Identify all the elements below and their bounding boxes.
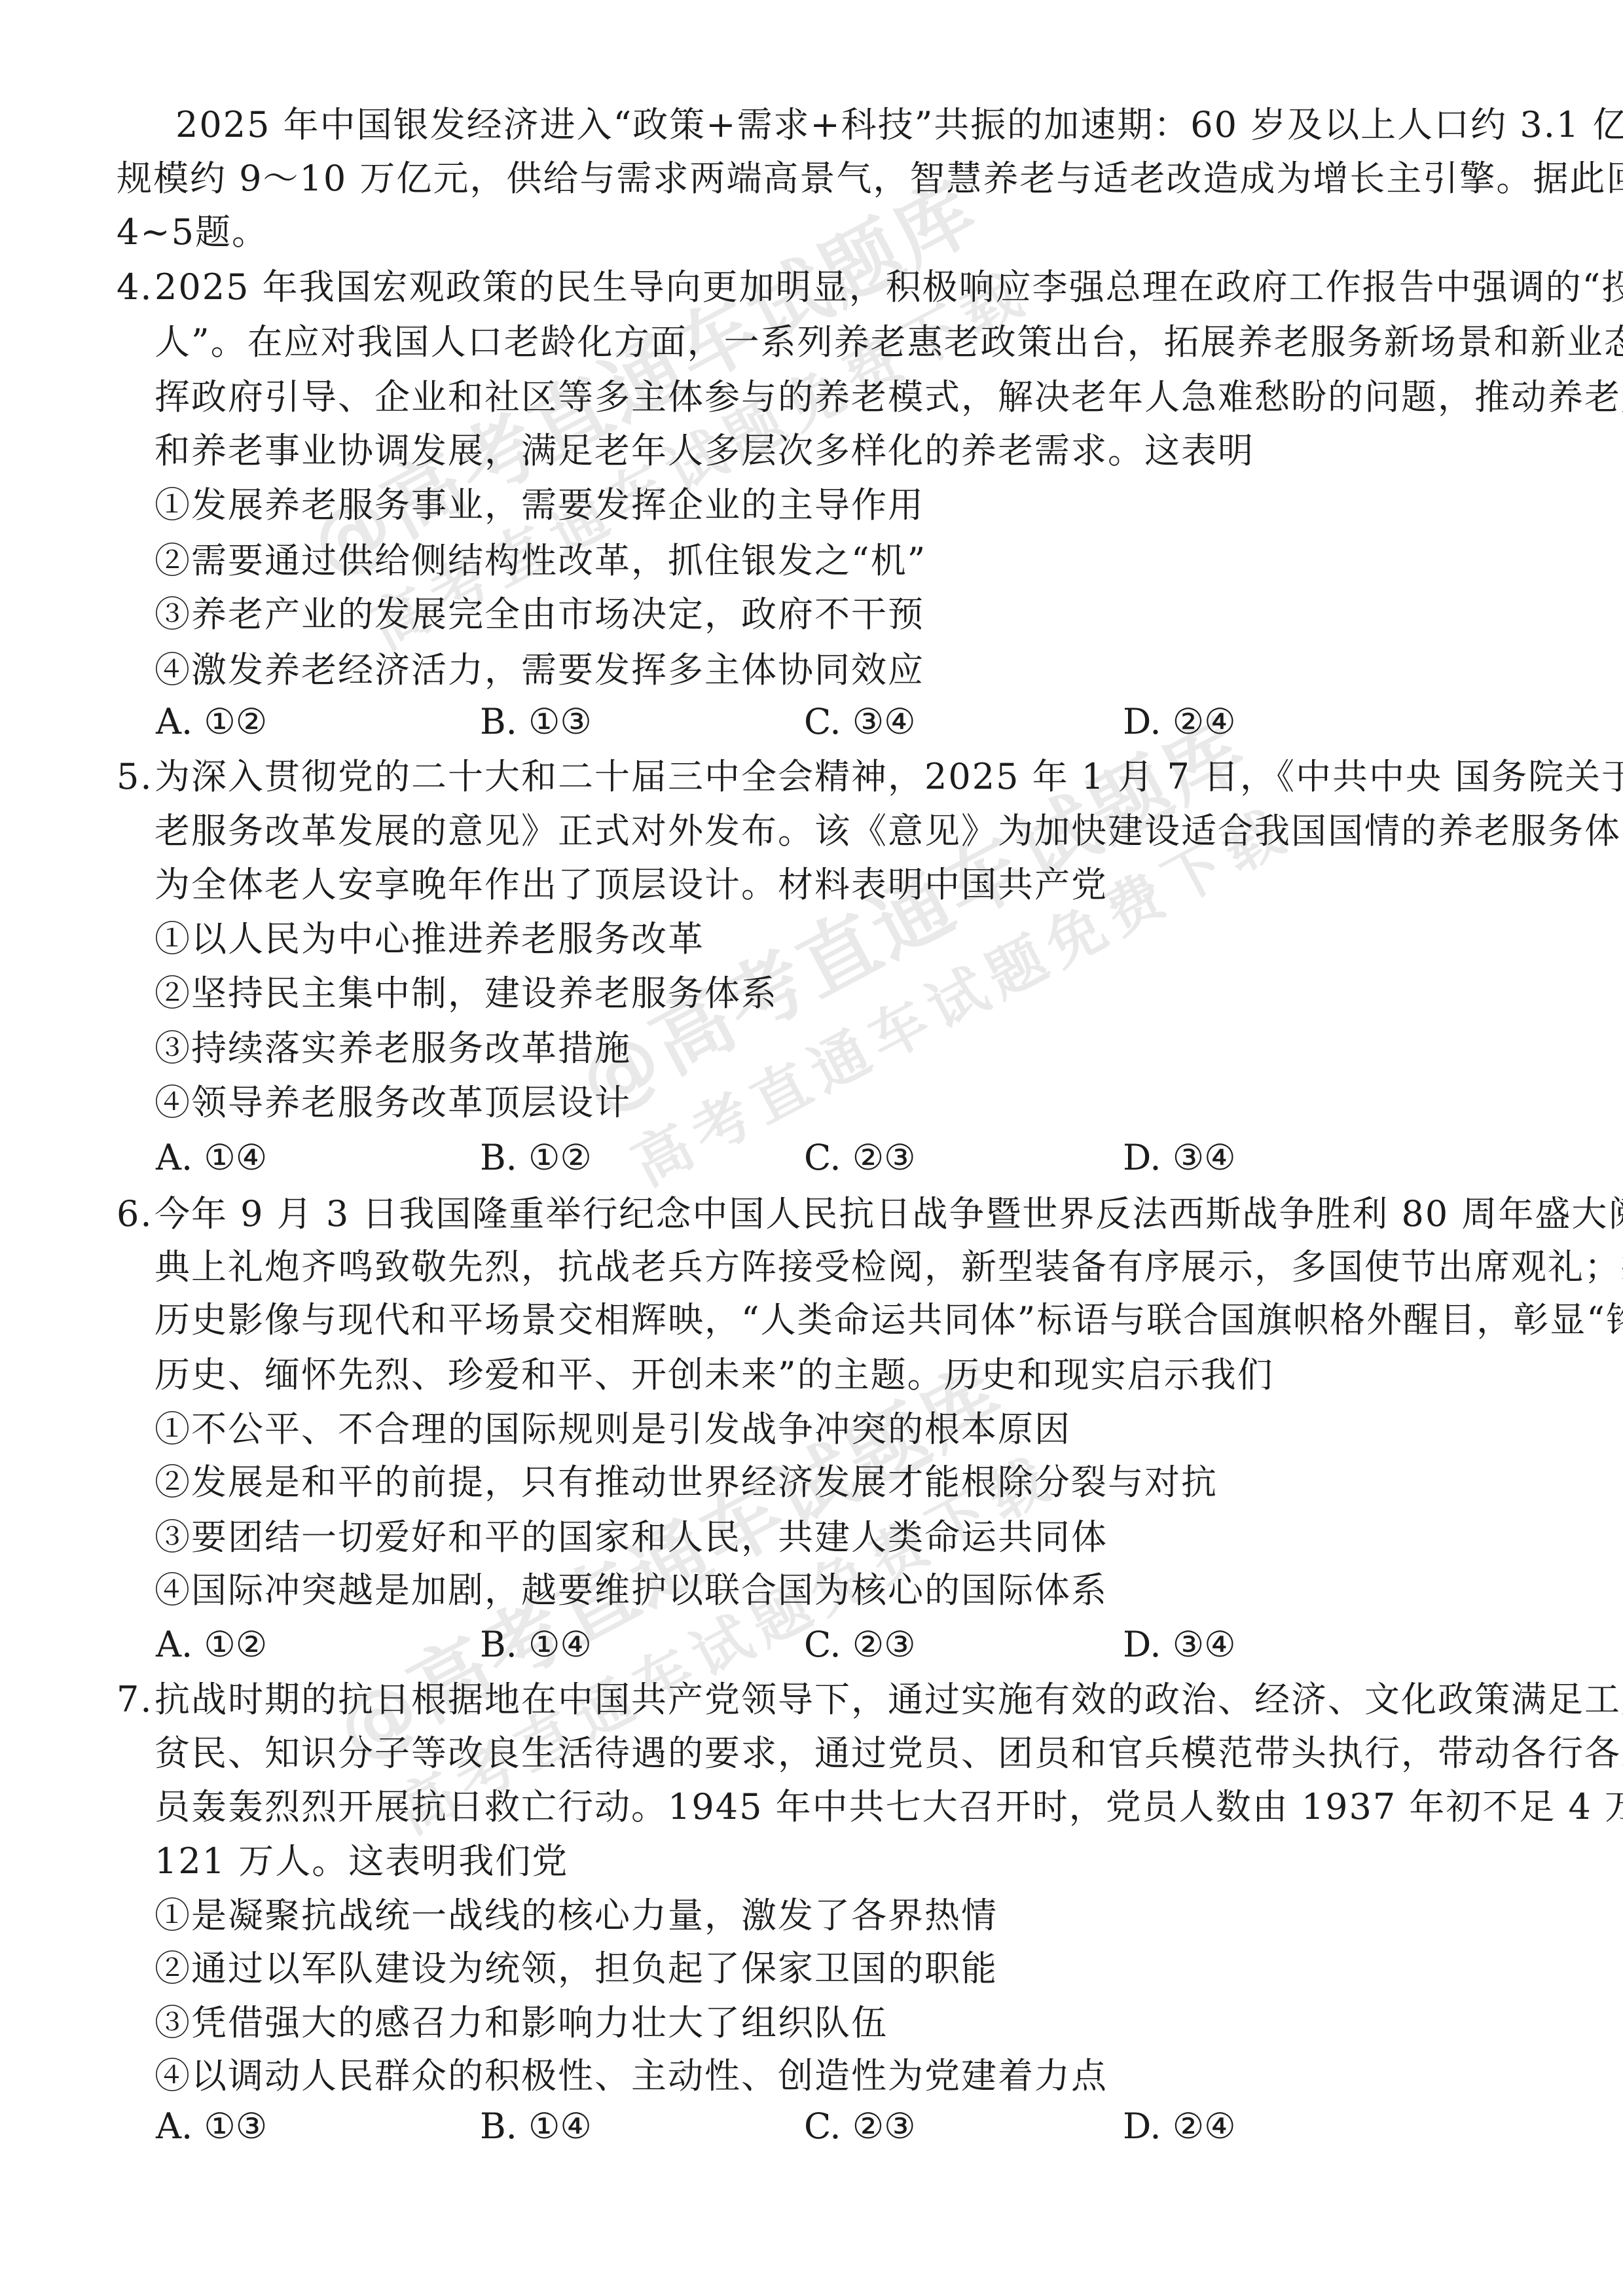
question-stem-line: 今年 9 月 3 日我国隆重举行纪念中国人民抗日战争暨世界反法西斯战争胜利 80… — [155, 1187, 1623, 1241]
intro-line: 4~5题。 — [117, 206, 268, 259]
answer-choice-d[interactable]: D. ②④ — [1123, 695, 1236, 749]
statement-option: ①以人民为中心推进养老服务改革 — [155, 912, 704, 966]
statement-option: ④国际冲突越是加剧，越要维护以联合国为核心的国际体系 — [155, 1564, 1108, 1617]
question-stem-line: 历史影像与现代和平场景交相辉映，“人类命运共同体”标语与联合国旗帜格外醒目，彰显… — [155, 1293, 1623, 1347]
statement-option: ③要团结一切爱好和平的国家和人民，共建人类命运共同体 — [155, 1511, 1108, 1564]
statement-option: ①发展养老服务事业，需要发挥企业的主导作用 — [155, 478, 924, 532]
statement-option: ④以调动人民群众的积极性、主动性、创造性为党建着力点 — [155, 2049, 1108, 2103]
statement-option: ④激发养老经济活力，需要发挥多主体协同效应 — [155, 643, 924, 697]
answer-choice-b[interactable]: B. ①② — [480, 1131, 592, 1185]
statement-option: ②需要通过供给侧结构性改革，抓住银发之“机” — [155, 534, 926, 588]
answer-choice-b[interactable]: B. ①④ — [480, 1618, 592, 1672]
question-number: 4. — [117, 260, 153, 314]
answer-choice-c[interactable]: C. ③④ — [804, 695, 916, 749]
exam-page: @高考直通车试题库 高考直通车试题免费下载 @高考直通车试题库 高考直通车试题免… — [0, 0, 1623, 2296]
question-stem-line: 为深入贯彻党的二十大和二十届三中全会精神，2025 年 1 月 7 日，《中共中… — [155, 750, 1623, 804]
answer-choice-a[interactable]: A. ①② — [156, 695, 267, 749]
answer-choice-c[interactable]: C. ②③ — [804, 1618, 916, 1672]
statement-option: ③凭借强大的感召力和影响力壮大了组织队伍 — [155, 1996, 888, 2050]
question-stem-line: 贫民、知识分子等改良生活待遇的要求，通过党员、团员和官兵模范带头执行，带动各行各… — [155, 1727, 1623, 1780]
statement-option: ②通过以军队建设为统领，担负起了保家卫国的职能 — [155, 1942, 998, 1996]
answer-choice-b[interactable]: B. ①④ — [480, 2100, 592, 2153]
question-stem-line: 人”。在应对我国人口老龄化方面，一系列养老惠老政策出台，拓展养老服务新场景和新业… — [155, 315, 1623, 369]
answer-choices: A. ①② B. ①③ C. ③④ D. ②④ — [0, 695, 1623, 749]
question-stem-line: 挥政府引导、企业和社区等多主体参与的养老模式，解决老年人急难愁盼的问题，推动养老… — [155, 370, 1623, 424]
statement-option: ①不公平、不合理的国际规则是引发战争冲突的根本原因 — [155, 1403, 1071, 1456]
question-number: 5. — [117, 750, 153, 804]
question-stem-line: 员轰轰烈烈开展抗日救亡行动。1945 年中共七大召开时，党员人数由 1937 年… — [155, 1780, 1623, 1834]
answer-choices: A. ①③ B. ①④ C. ②③ D. ②④ — [0, 2100, 1623, 2153]
question-stem-line: 历史、缅怀先烈、珍爱和平、开创未来”的主题。历史和现实启示我们 — [155, 1348, 1274, 1402]
question-stem-line: 抗战时期的抗日根据地在中国共产党领导下，通过实施有效的政治、经济、文化政策满足工… — [155, 1673, 1623, 1727]
answer-choice-d[interactable]: D. ③④ — [1123, 1131, 1236, 1185]
question-stem-line: 为全体老人安享晚年作出了顶层设计。材料表明中国共产党 — [155, 858, 1108, 912]
answer-choice-a[interactable]: A. ①② — [156, 1618, 267, 1672]
answer-choice-c[interactable]: C. ②③ — [804, 1131, 916, 1185]
answer-choice-c[interactable]: C. ②③ — [804, 2100, 916, 2153]
answer-choices: A. ①② B. ①④ C. ②③ D. ③④ — [0, 1618, 1623, 1672]
question-stem-line: 老服务改革发展的意见》正式对外发布。该《意见》为加快建设适合我国国情的养老服务体… — [155, 804, 1623, 858]
question-number: 7. — [117, 1673, 153, 1727]
statement-option: ④领导养老服务改革顶层设计 — [155, 1076, 631, 1130]
statement-option: ③养老产业的发展完全由市场决定，政府不干预 — [155, 588, 924, 641]
intro-line: 规模约 9～10 万亿元，供给与需求两端高景气，智慧养老与适老改造成为增长主引擎… — [117, 152, 1623, 206]
intro-line: 2025 年中国银发经济进入“政策+需求+科技”共振的加速期：60 岁及以上人口… — [175, 98, 1623, 152]
question-stem-line: 典上礼炮齐鸣致敬先烈，抗战老兵方阵接受检阅，新型装备有序展示，多国使节出席观礼；… — [155, 1240, 1623, 1294]
answer-choice-a[interactable]: A. ①③ — [156, 2100, 267, 2153]
statement-option: ①是凝聚抗战统一战线的核心力量，激发了各界热情 — [155, 1889, 998, 1943]
answer-choices: A. ①④ B. ①② C. ②③ D. ③④ — [0, 1131, 1623, 1185]
question-number: 6. — [117, 1187, 153, 1241]
answer-choice-a[interactable]: A. ①④ — [156, 1131, 267, 1185]
question-stem-line: 2025 年我国宏观政策的民生导向更加明显，积极响应李强总理在政府工作报告中强调… — [155, 260, 1623, 314]
statement-option: ②发展是和平的前提，只有推动世界经济发展才能根除分裂与对抗 — [155, 1456, 1218, 1509]
answer-choice-d[interactable]: D. ③④ — [1123, 1618, 1236, 1672]
answer-choice-d[interactable]: D. ②④ — [1123, 2100, 1236, 2153]
statement-option: ②坚持民主集中制，建设养老服务体系 — [155, 967, 778, 1020]
question-stem-line: 121 万人。这表明我们党 — [155, 1835, 568, 1888]
question-stem-line: 和养老事业协调发展，满足老年人多层次多样化的养老需求。这表明 — [155, 424, 1254, 478]
statement-option: ③持续落实养老服务改革措施 — [155, 1022, 631, 1075]
answer-choice-b[interactable]: B. ①③ — [480, 695, 592, 749]
